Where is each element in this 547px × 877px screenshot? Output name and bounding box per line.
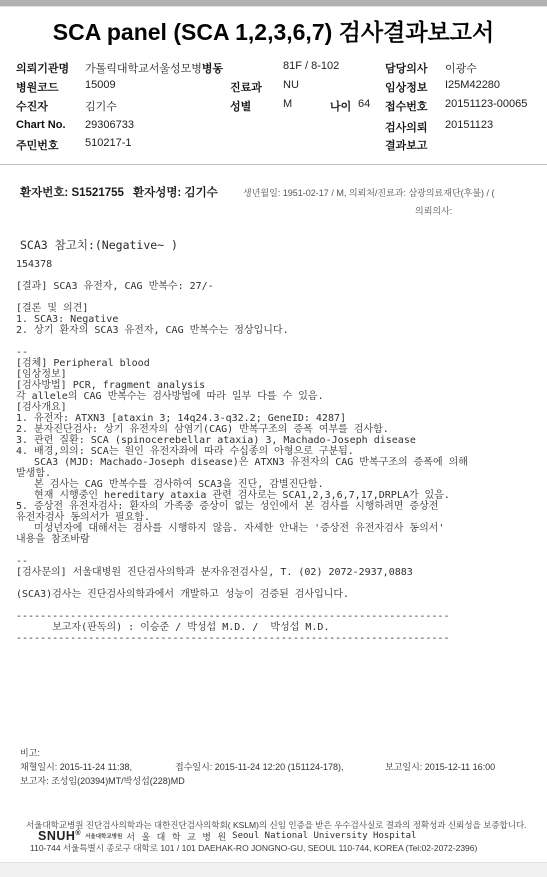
header-row-4: Chart No. 29306733 검사의뢰 20151123	[0, 119, 547, 137]
reporter-names: 보고자: 조성임(20394)MT/박성섭(228)MD	[20, 774, 185, 787]
chart-no-value: 29306733	[85, 119, 134, 131]
org-value: 가톨릭대학교서울성모병	[85, 60, 202, 76]
patient-number: 환자번호: S1521755	[20, 184, 124, 200]
dept-label: 진료과	[230, 79, 262, 95]
hospital-logo-line: SNUH® 서울대학교병원 서 울 대 학 교 병 원 Seoul Nation…	[38, 829, 416, 843]
received-datetime: 접수일시: 2015-11-24 12:20 (151124-178),	[175, 760, 344, 773]
org-ward-pair: 가톨릭대학교서울성모병 병동	[85, 60, 223, 76]
dept-value: NU	[283, 79, 299, 91]
snuh-logo: SNUH®	[38, 829, 81, 843]
patient-value: 김기수	[85, 98, 117, 114]
sex-value: M	[283, 98, 292, 110]
hospital-name-english: Seoul National University Hospital	[232, 831, 416, 841]
birth-referral: 생년월일: 1951-02-17 / M, 의뢰처/진료과: 삼광의료재단(후불…	[243, 186, 495, 199]
header-divider	[0, 164, 547, 165]
result-report-label: 결과보고	[385, 137, 428, 153]
patient-name: 환자성명: 김기수	[133, 184, 218, 200]
header-row-2: 병원코드 15009 진료과 NU 임상정보 I25M42280	[0, 79, 547, 97]
referring-doctor: 의뢰의사:	[415, 204, 452, 217]
header-row-3: 수진자 김기수 성별 M 나이 64 접수번호 20151123-00065	[0, 98, 547, 116]
header-row-1: 의뢰기관명 가톨릭대학교서울성모병 병동 81F / 8-102 담당의사 이광…	[0, 60, 547, 78]
top-scroll-strip	[0, 0, 547, 7]
doctor-label: 담당의사	[385, 60, 428, 76]
hospital-code-value: 15009	[85, 79, 116, 91]
report-body: 154378 [결과] SCA3 유전자, CAG 반복수: 27/- [결론 …	[16, 259, 540, 644]
header-info: 의뢰기관명 가톨릭대학교서울성모병 병동 81F / 8-102 담당의사 이광…	[0, 58, 547, 158]
request-label: 검사의뢰	[385, 119, 428, 135]
report-page: { "title": "SCA panel (SCA 1,2,3,6,7) 검사…	[0, 0, 547, 877]
receipt-label: 접수번호	[385, 98, 428, 114]
org-label: 의뢰기관명	[16, 60, 69, 76]
resident-no-label: 주민번호	[16, 137, 59, 153]
reference-range-heading: SCA3 참고치:(Negative~ )	[20, 237, 178, 253]
hospital-name-korean: 서 울 대 학 교 병 원	[126, 830, 228, 843]
sex-label: 성별	[230, 98, 251, 114]
doctor-value: 이광수	[445, 60, 477, 76]
clinical-label: 임상정보	[385, 79, 428, 95]
receipt-value: 20151123-00065	[445, 98, 527, 110]
ward-value: 81F / 8-102	[283, 60, 339, 72]
patient-label: 수진자	[16, 98, 48, 114]
chart-no-label: Chart No.	[16, 119, 66, 131]
snuh-logo-small-text: 서울대학교병원	[85, 832, 122, 840]
resident-no-value: 510217-1	[85, 137, 132, 149]
page-title: SCA panel (SCA 1,2,3,6,7) 검사결과보고서	[0, 14, 547, 47]
collected-datetime: 채혈일시: 2015-11-24 11:38,	[20, 760, 132, 773]
request-value: 20151123	[445, 119, 493, 131]
header-row-5: 주민번호 510217-1 결과보고	[0, 137, 547, 155]
hospital-code-label: 병원코드	[16, 79, 59, 95]
patient-bar: 환자번호: S1521755 환자성명: 김기수 생년월일: 1951-02-1…	[0, 182, 547, 222]
registered-mark: ®	[75, 830, 81, 837]
remark-label: 비고:	[20, 746, 40, 759]
reported-datetime: 보고일시: 2015-12-11 16:00	[385, 760, 495, 773]
bottom-strip	[0, 862, 547, 877]
age-label: 나이	[330, 98, 351, 114]
ward-label: 병동	[202, 60, 223, 76]
hospital-address: 110-744 서울특별시 종로구 대학로 101 / 101 DAEHAK-R…	[30, 842, 477, 854]
age-value: 64	[358, 98, 370, 110]
clinical-value: I25M42280	[445, 79, 500, 91]
